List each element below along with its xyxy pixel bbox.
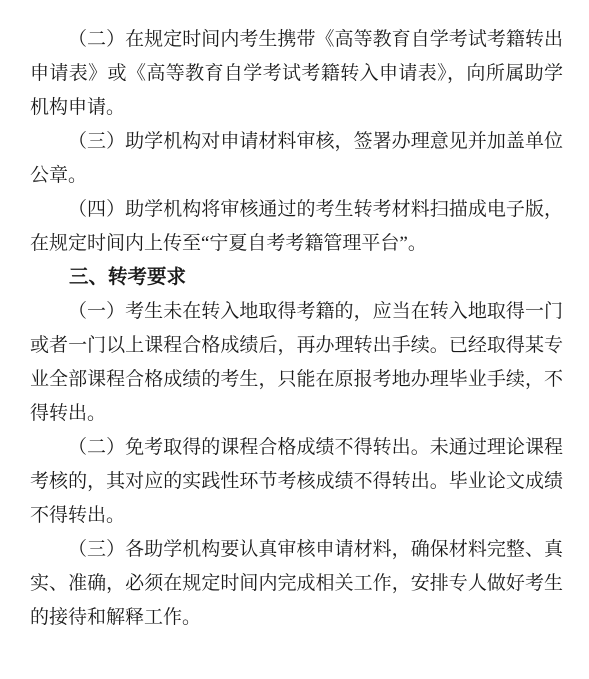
paragraph-req-1-registration: （一）考生未在转入地取得考籍的，应当在转入地取得一门或者一门以上课程合格成绩后，… [30,295,563,431]
paragraph-item-3-institution-review: （三）助学机构对申请材料审核，签署办理意见并加盖单位公章。 [30,125,563,193]
section-heading-transfer-requirements: 三、转考要求 [30,261,563,295]
paragraph-req-3-material-review: （三）各助学机构要认真审核申请材料，确保材料完整、真实、准确，必须在规定时间内完… [30,533,563,635]
paragraph-item-2-transfer-application: （二）在规定时间内考生携带《高等教育自学考试考籍转出申请表》或《高等教育自学考试… [30,23,563,125]
paragraph-req-2-exempt-scores: （二）免考取得的课程合格成绩不得转出。未通过理论课程考核的，其对应的实践性环节考… [30,431,563,533]
paragraph-item-4-scan-upload: （四）助学机构将审核通过的考生转考材料扫描成电子版，在规定时间内上传至“宁夏自考… [30,193,563,261]
document-page: （二）在规定时间内考生携带《高等教育自学考试考籍转出申请表》或《高等教育自学考试… [0,0,589,679]
